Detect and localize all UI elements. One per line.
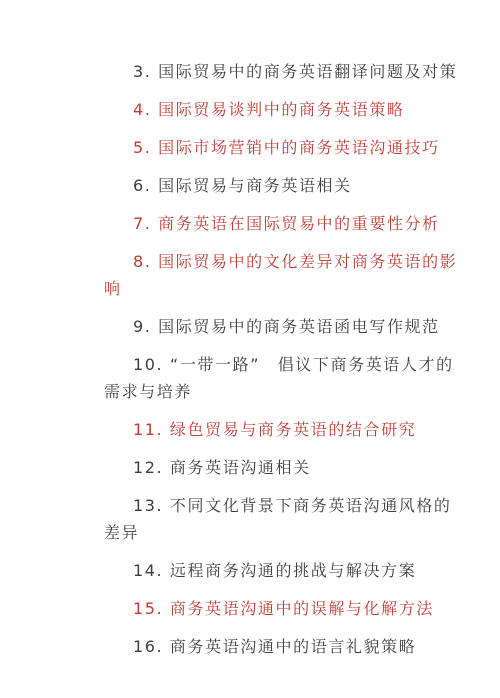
topic-item-11: 11. 绿色贸易与商务英语的结合研究 bbox=[104, 416, 458, 443]
topic-item-10: 10. “一带一路” 倡议下商务英语人才的需求与培养 bbox=[104, 351, 458, 405]
topic-item-3: 3. 国际贸易中的商务英语翻译问题及对策 bbox=[104, 58, 458, 85]
topic-item-12: 12. 商务英语沟通相关 bbox=[104, 454, 458, 481]
topic-item-15: 15. 商务英语沟通中的误解与化解方法 bbox=[104, 595, 458, 622]
topic-item-8: 8. 国际贸易中的文化差异对商务英语的影响 bbox=[104, 248, 458, 302]
topic-item-14: 14. 远程商务沟通的挑战与解决方案 bbox=[104, 557, 458, 584]
topic-item-7: 7. 商务英语在国际贸易中的重要性分析 bbox=[104, 210, 458, 237]
document-page: 3. 国际贸易中的商务英语翻译问题及对策4. 国际贸易谈判中的商务英语策略5. … bbox=[0, 0, 500, 698]
topic-item-13: 13. 不同文化背景下商务英语沟通风格的差异 bbox=[104, 492, 458, 546]
topic-list: 3. 国际贸易中的商务英语翻译问题及对策4. 国际贸易谈判中的商务英语策略5. … bbox=[0, 0, 500, 660]
topic-item-16: 16. 商务英语沟通中的语言礼貌策略 bbox=[104, 633, 458, 660]
topic-item-6: 6. 国际贸易与商务英语相关 bbox=[104, 172, 458, 199]
topic-item-9: 9. 国际贸易中的商务英语函电写作规范 bbox=[104, 313, 458, 340]
topic-item-4: 4. 国际贸易谈判中的商务英语策略 bbox=[104, 96, 458, 123]
topic-item-5: 5. 国际市场营销中的商务英语沟通技巧 bbox=[104, 134, 458, 161]
